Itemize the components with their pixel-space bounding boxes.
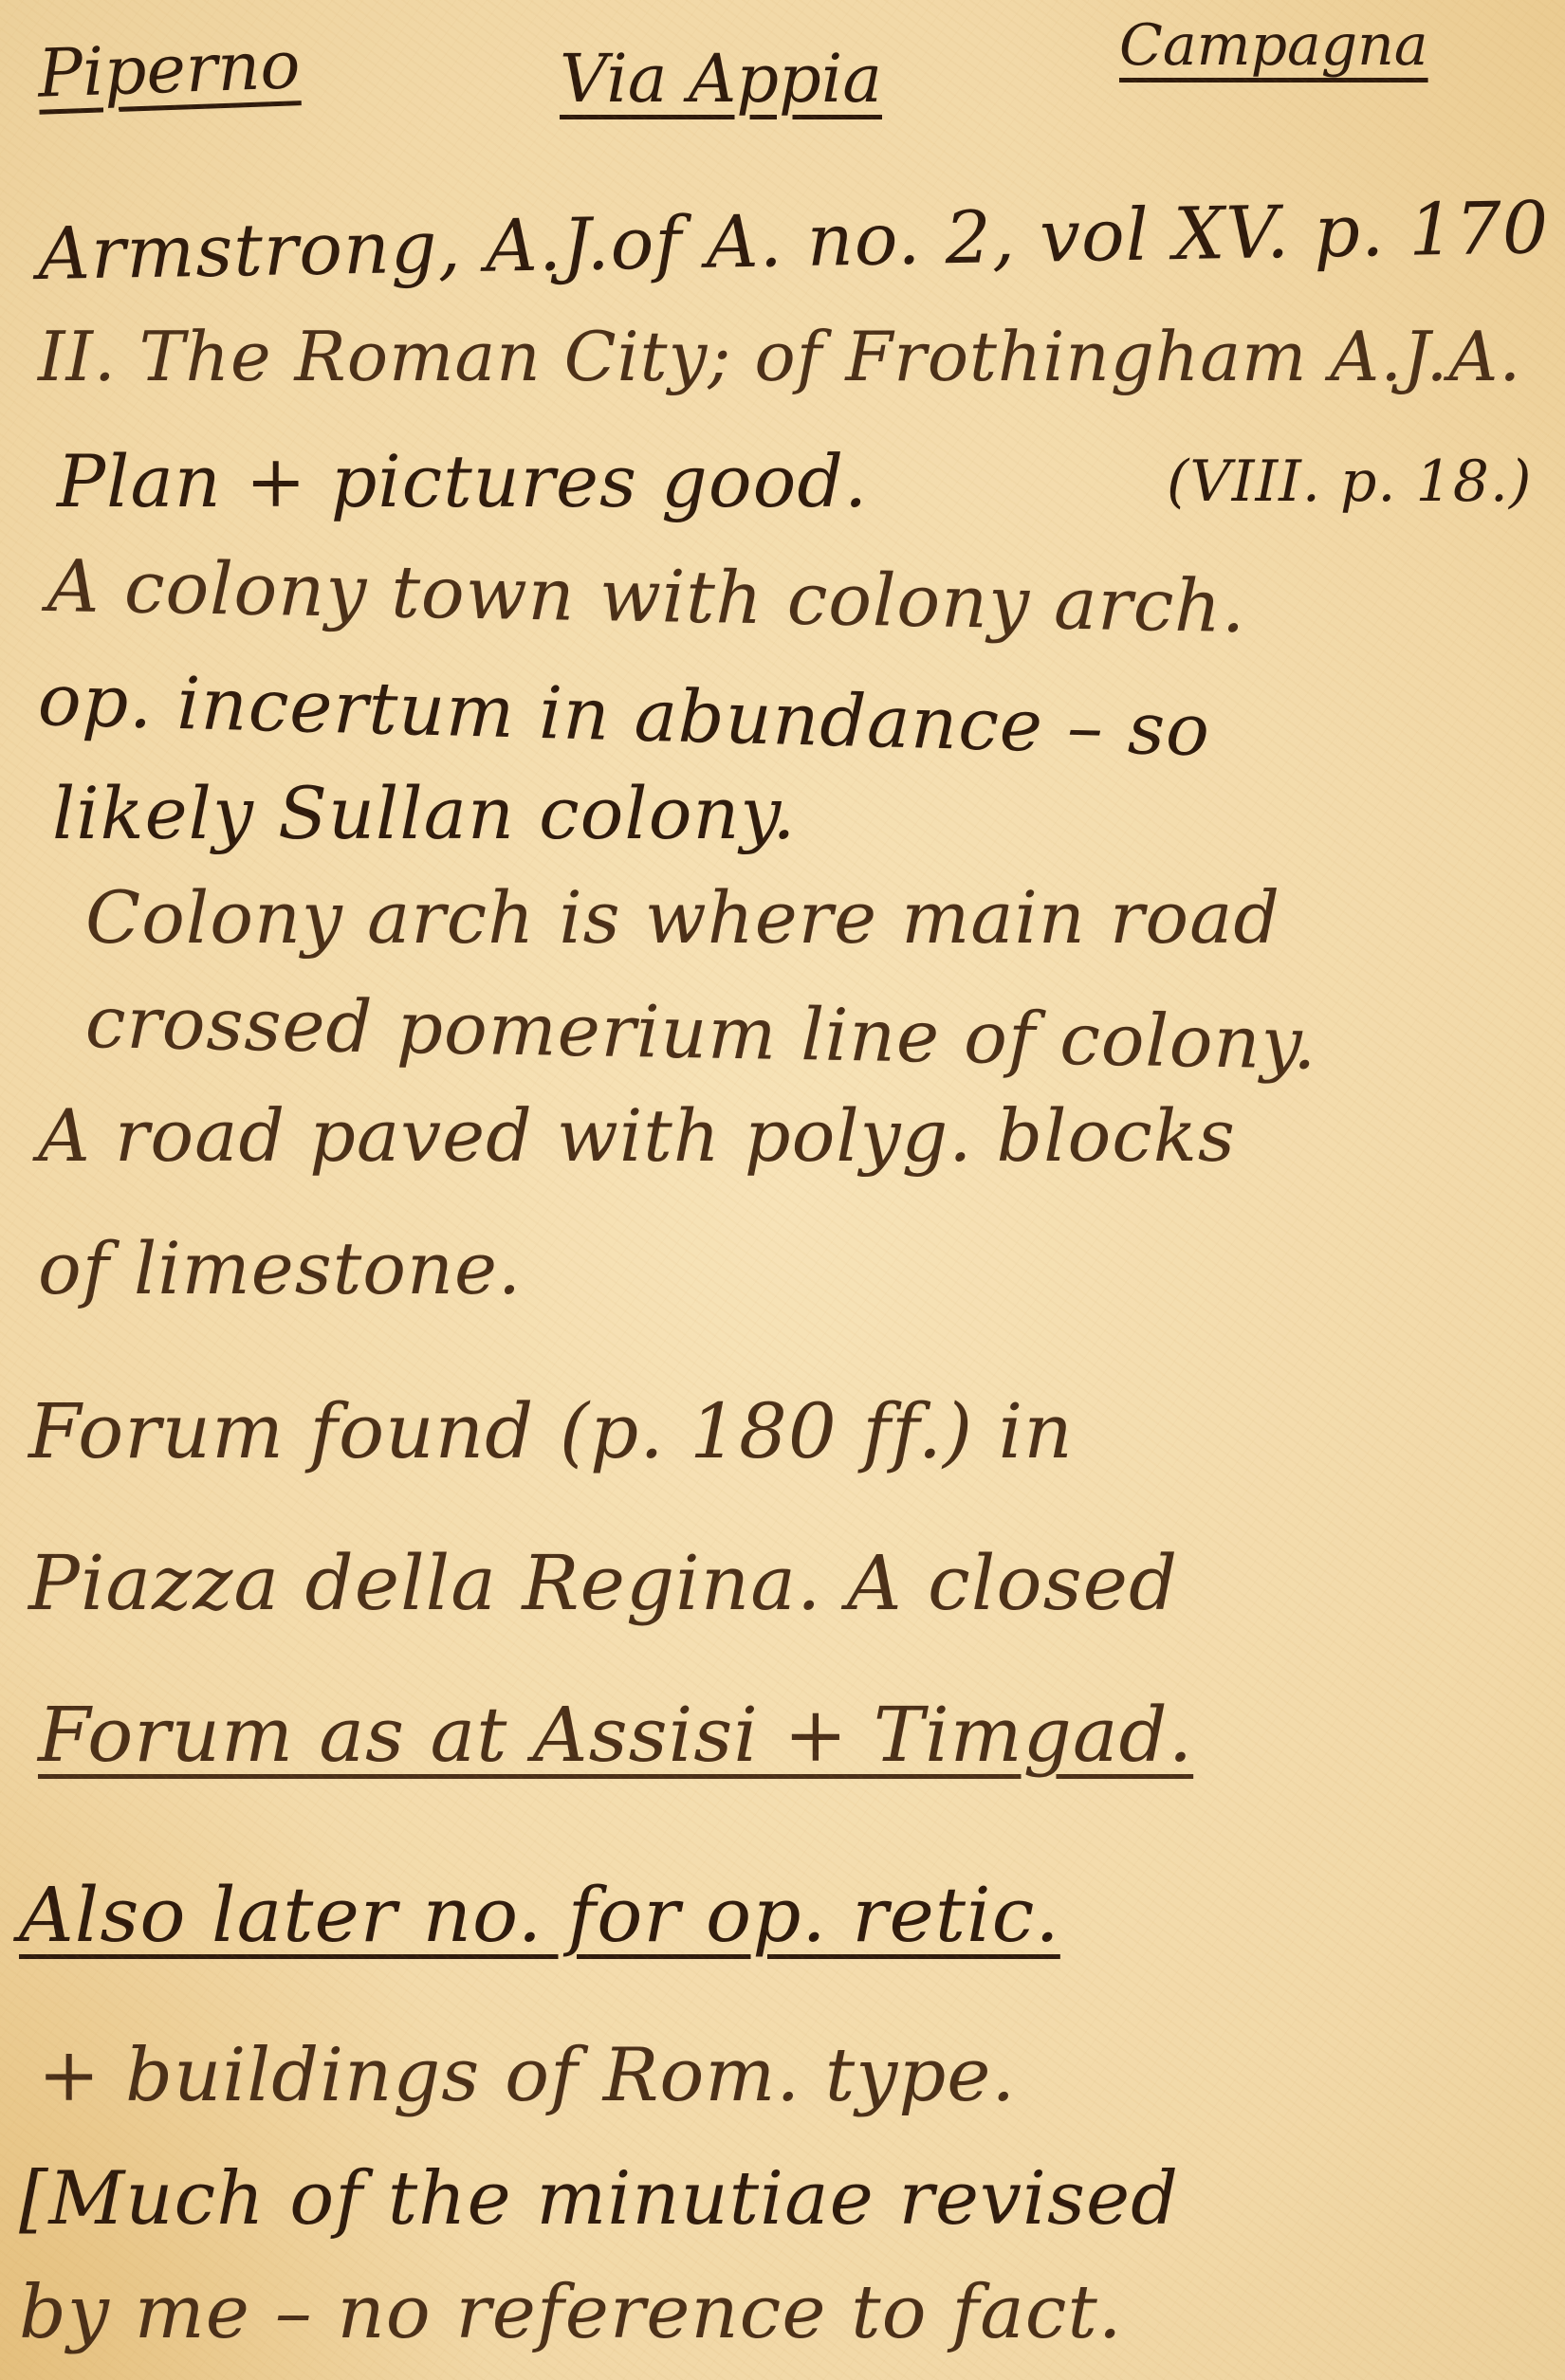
header-campagna: Campagna — [1119, 17, 1428, 74]
note-line-5-text: op. incertum in abundance – so — [37, 657, 1211, 772]
note-line-15: + buildings of Rom. type. — [38, 2039, 1016, 2113]
handwritten-note-card: Piperno Via Appia Campagna Armstrong, A.… — [0, 0, 1565, 2380]
note-line-12: Piazza della Regina. A closed — [28, 1546, 1178, 1621]
note-line-6: likely Sullan colony. — [52, 778, 796, 850]
note-line-16: [Much of the minutiae revised — [19, 2162, 1179, 2236]
note-line-2: II. The Roman City; of Frothingham A.J.A… — [38, 322, 1521, 391]
note-line-17: by me – no reference to fact. — [19, 2276, 1123, 2350]
note-line-8: crossed pomerium line of colony. — [84, 986, 1317, 1080]
note-line-1: Armstrong, A.J.of A. no. 2, vol XV. p. 1… — [37, 190, 1565, 290]
note-line-11: Forum found (p. 180 ff.) in — [28, 1394, 1074, 1470]
note-line-13: Forum as at Assisi + Timgad. — [38, 1697, 1193, 1773]
note-line-7: Colony arch is where main road — [85, 882, 1280, 954]
note-line-9: A road paved with polyg. blocks — [38, 1100, 1236, 1172]
note-line-5: op. incertum in abundance – so — [37, 664, 1211, 766]
note-line-3: Plan + pictures good. — [57, 446, 868, 518]
note-citation-viii: (VIII. p. 18.) — [1167, 453, 1532, 510]
header-place-piperno: Piperno — [37, 31, 302, 107]
note-line-14: Also later no. for op. retic. — [19, 1877, 1060, 1953]
note-line-10: of limestone. — [38, 1233, 522, 1305]
note-line-4: A colony town with colony arch. — [46, 550, 1246, 643]
header-via-appia: Via Appia — [560, 46, 882, 112]
